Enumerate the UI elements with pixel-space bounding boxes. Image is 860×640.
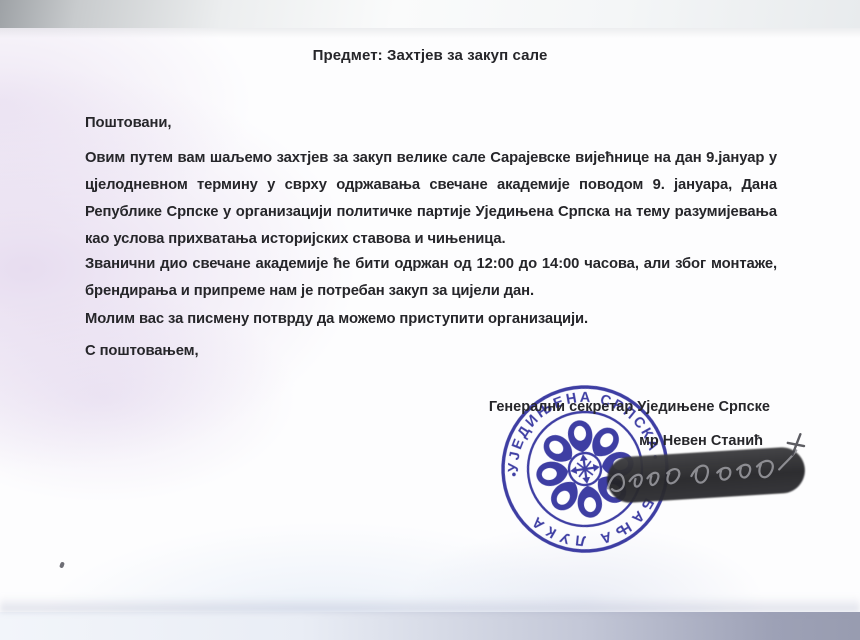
- letter-paragraph: Овим путем вам шаљемо захтјев за закуп в…: [85, 145, 777, 253]
- letter-subject: Предмет: Захтјев за закуп сале: [0, 47, 860, 64]
- ink-speck: [59, 561, 65, 568]
- letter-paragraph: Молим вас за писмену потврду да можемо п…: [85, 306, 777, 333]
- letter-salutation: Поштовани,: [85, 110, 777, 137]
- letter-paragraph: Званични дио свечане академије ће бити о…: [85, 251, 777, 305]
- handwritten-signature: [593, 419, 827, 516]
- scanned-letter: Предмет: Захтјев за закуп сале Поштовани…: [0, 0, 860, 640]
- scan-edge-top: [0, 0, 860, 28]
- scan-edge-bottom: [0, 612, 860, 640]
- letter-closing: С поштовањем,: [85, 338, 777, 365]
- signature-role: Генерални секретар Уједињене Српске: [489, 399, 770, 415]
